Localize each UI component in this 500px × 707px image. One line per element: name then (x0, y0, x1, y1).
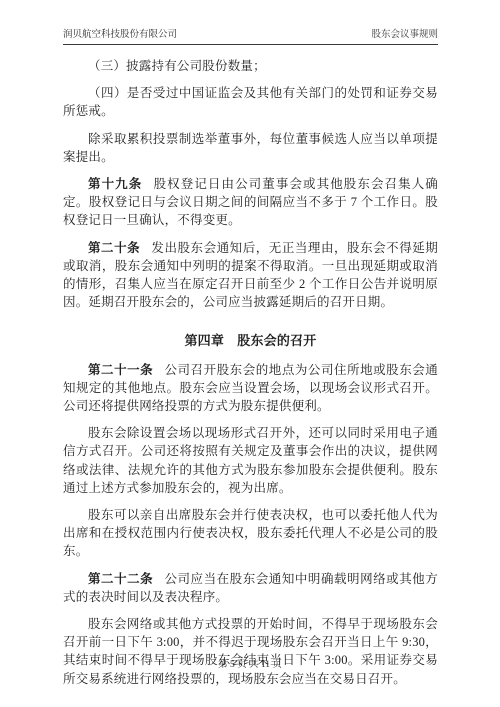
chapter-heading: 第四章 股东会的召开 (63, 332, 438, 350)
paragraph: 除采取累积投票制选举董事外，每位董事候选人应当以单项提案提出。 (63, 130, 438, 166)
article-number: 第二十条 (88, 241, 140, 255)
document-page: 润贝航空科技股份有限公司 股东会议事规则 （三）披露持有公司股份数量；（四）是否… (0, 0, 500, 707)
paragraph: 股东会网络或其他方式投票的开始时间，不得早于现场股东会召开前一日下午 3:00，… (63, 615, 438, 688)
paragraph: 第二十一条公司召开股东会的地点为公司住所地或股东会通知规定的其他地点。股东会应当… (63, 361, 438, 416)
paragraph: （四）是否受过中国证监会及其他有关部门的处罚和证券交易所惩戒。 (63, 84, 438, 120)
paragraph: 股东会除设置会场以现场形式召开外，还可以同时采用电子通信方式召开。公司还将按照有… (63, 424, 438, 497)
paragraph: 第二十条发出股东会通知后，无正当理由，股东会不得延期或取消，股东会通知中列明的提… (63, 239, 438, 312)
article-number: 第二十二条 (88, 572, 153, 586)
paragraph: 第十九条股权登记日由公司董事会或其他股东会召集人确定。股权登记日与会议日期之间的… (63, 175, 438, 230)
article-number: 第二十一条 (88, 363, 153, 377)
paragraph: 第二十二条公司应当在股东会通知中明确载明网络或其他方式的表决时间以及表决程序。 (63, 570, 438, 606)
page-footer: 第 5 页 共 11 页 (0, 656, 500, 670)
header-company-name: 润贝航空科技股份有限公司 (63, 26, 177, 40)
header-document-title: 股东会议事规则 (371, 26, 438, 40)
content: （三）披露持有公司股份数量；（四）是否受过中国证监会及其他有关部门的处罚和证券交… (63, 57, 438, 697)
article-number: 第十九条 (88, 177, 142, 191)
paragraph: 股东可以亲自出席股东会并行使表决权，也可以委托他人代为出席和在授权范围内行使表决… (63, 506, 438, 561)
paragraph: （三）披露持有公司股份数量； (63, 57, 438, 75)
page-header: 润贝航空科技股份有限公司 股东会议事规则 (63, 26, 438, 45)
page-number: 第 5 页 共 11 页 (218, 660, 282, 670)
